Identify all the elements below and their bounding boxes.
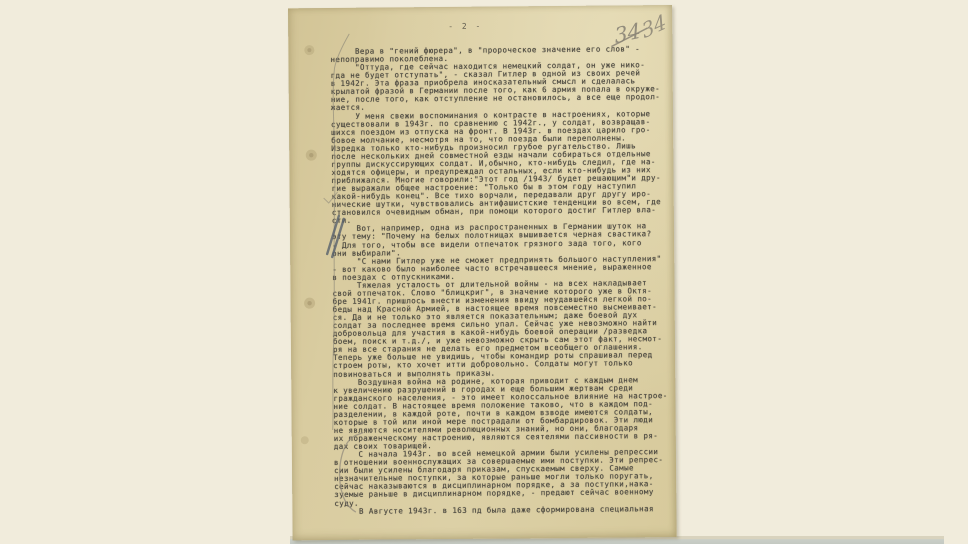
- hole-punch: [306, 150, 317, 161]
- paragraph-swastika-joke: Вот, например, одна из распространенных …: [332, 222, 672, 257]
- handwritten-folio-number: 34: [639, 9, 668, 43]
- typed-text-block: Вера в "гений фюрера", в "пророческое зн…: [330, 45, 674, 516]
- scan-background: - 2 - 34 34 Вера в "гений фюрера", в "пр…: [0, 0, 968, 544]
- hole-punch: [304, 45, 314, 55]
- hole-punch-center: [307, 301, 311, 305]
- hole-punch: [301, 436, 309, 444]
- paragraph-august-1943-163pd: В Августе 1943г. в 163 пд была даже сфор…: [334, 505, 674, 516]
- paragraph-hitler-quote-1942: "Оттуда, где сейчас находится немецкий с…: [331, 61, 671, 112]
- paragraph-air-war-at-home: Воздушная война на родине, которая приво…: [333, 376, 674, 452]
- hole-punch: [304, 298, 315, 309]
- document-page: - 2 - 34 34 Вера в "гений фюрера", в "пр…: [288, 5, 677, 540]
- hole-punch-center: [307, 48, 311, 52]
- paragraph-train-moods: У меня свежи воспоминания о контрасте в …: [331, 110, 672, 226]
- page-number: - 2 -: [448, 21, 508, 31]
- paragraph-war-fatigue: Тяжелая усталость от длительной войны - …: [332, 279, 673, 379]
- paragraph-repressions-1943: С начала 1943г. во всей немецкой армии б…: [334, 448, 674, 507]
- hole-punch-smudges: [297, 45, 319, 444]
- hole-punch-center: [309, 153, 313, 157]
